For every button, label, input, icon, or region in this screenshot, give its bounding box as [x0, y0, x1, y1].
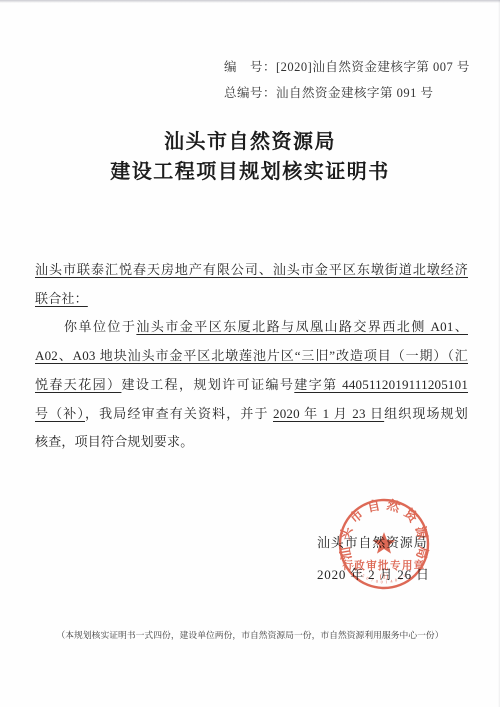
- doc-number-value: [2020]汕自然资金建核字第 007 号: [276, 60, 470, 74]
- body-line: 联合社：: [35, 285, 468, 314]
- official-seal: 汕头市自然资源局 行政审批专用章 (1) 4405078014866: [329, 489, 439, 599]
- plain-text: 组织现场规划: [384, 406, 468, 421]
- title-org-line: 汕头市自然资源局: [0, 127, 500, 157]
- seal-arc-text: 汕头市自然资源局: [336, 496, 431, 565]
- seal-star-icon: [373, 532, 396, 554]
- underlined-text: 汕头市金平区东厦北路与凤凰山路交界西北侧 A01、: [136, 319, 468, 334]
- underlined-text: 汕头市联泰汇悦春天房地产有限公司、汕头市金平区东墩街道北墩经济: [35, 262, 468, 277]
- underlined-text: 号（补）: [35, 406, 85, 421]
- doc-header: 编 号：[2020]汕自然资金建核字第 007 号 总编号：汕自然资金建核字第 …: [224, 54, 470, 106]
- seal-sub-text: (1): [380, 571, 389, 580]
- plain-text: ，我局经审查有关资料，并于: [85, 406, 273, 421]
- underlined-text: 联合社：: [35, 291, 88, 306]
- doc-number-label: 编 号：: [224, 60, 276, 74]
- doc-total-number-value: 汕自然资金建核字第 091 号: [276, 86, 434, 100]
- doc-total-number-label: 总编号：: [224, 86, 276, 100]
- doc-title: 汕头市自然资源局 建设工程项目规划核实证明书: [0, 127, 500, 187]
- doc-total-number-line: 总编号：汕自然资金建核字第 091 号: [224, 80, 470, 106]
- scan-top-edge: [0, 0, 500, 3]
- title-doc-line: 建设工程项目规划核实证明书: [0, 157, 500, 187]
- plain-text: 建设工程，规划许可证编号: [121, 377, 294, 392]
- body-line: A02、A03 地块汕头市金平区北墩莲池片区“三旧”改造项目（一期）（汇: [35, 342, 468, 371]
- plain-text: 核查，项目符合规划要求。: [35, 434, 193, 449]
- underlined-text: 2020 年 1 月 23 日: [273, 406, 384, 421]
- footer-note: （本规划核实证明书一式四份，建设单位两份，市自然资源局一份，市自然资源利用服务中…: [0, 628, 500, 641]
- body-line: 核查，项目符合规划要求。: [35, 428, 468, 457]
- underlined-text: A02、A03 地块汕头市金平区北墩莲池片区“三旧”改造项目（一期）（汇: [35, 348, 468, 363]
- body-line: 悦春天花园）建设工程，规划许可证编号建字第 440511201911120510…: [35, 371, 468, 400]
- body-line: 汕头市联泰汇悦春天房地产有限公司、汕头市金平区东墩街道北墩经济: [35, 256, 468, 285]
- doc-number-line: 编 号：[2020]汕自然资金建核字第 007 号: [224, 54, 470, 80]
- body-line: 号（补），我局经审查有关资料，并于 2020 年 1 月 23 日组织现场规划: [35, 400, 468, 429]
- document-page: 编 号：[2020]汕自然资金建核字第 007 号 总编号：汕自然资金建核字第 …: [0, 0, 500, 707]
- plain-text: 你单位位于: [64, 319, 136, 334]
- underlined-text: 建字第 4405112019111205101: [294, 377, 468, 392]
- body-paragraph: 汕头市联泰汇悦春天房地产有限公司、汕头市金平区东墩街道北墩经济联合社：你单位位于…: [35, 256, 468, 457]
- body-line: 你单位位于汕头市金平区东厦北路与凤凰山路交界西北侧 A01、: [35, 313, 468, 342]
- underlined-text: 悦春天花园）: [35, 377, 121, 392]
